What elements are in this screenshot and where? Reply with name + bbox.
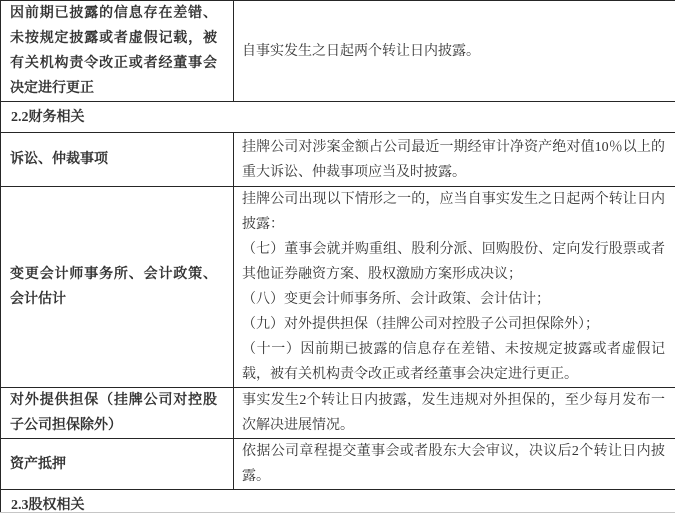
item-right-cell: 自事实发生之日起两个转让日内披露。 bbox=[234, 1, 675, 102]
paragraph: 挂牌公司对涉案金额占公司最近一期经审计净资产绝对值10％以上的重大诉讼、仲裁事项… bbox=[242, 135, 665, 185]
item-right-cell: 挂牌公司出现以下情形之一的，应当自事实发生之日起两个转让日内披露：（七）董事会就… bbox=[234, 187, 675, 388]
disclosure-rules-table: 因前期已披露的信息存在差错、未按规定披露或者虚假记载，被有关机构责令改正或者经董… bbox=[0, 0, 675, 513]
section-label: 2.3股权相关 bbox=[1, 490, 675, 513]
paragraph: （七）董事会就并购重组、股利分派、回购股份、定向发行股票或者其他证券融资方案、股… bbox=[242, 237, 665, 287]
item-right-cell: 事实发生2个转让日内披露，发生违规对外担保的，至少每月发布一次解决进展情况。 bbox=[234, 388, 675, 439]
paragraph: 自事实发生之日起两个转让日内披露。 bbox=[242, 39, 665, 64]
paragraph: （十一）因前期已披露的信息存在差错、未按规定披露或者虚假记载，被有关机构责令改正… bbox=[242, 337, 665, 387]
item-left-cell: 对外提供担保（挂牌公司对控股子公司担保除外） bbox=[1, 388, 234, 439]
table-row: 变更会计师事务所、会计政策、会计估计 挂牌公司出现以下情形之一的，应当自事实发生… bbox=[1, 187, 675, 388]
item-left-cell: 因前期已披露的信息存在差错、未按规定披露或者虚假记载，被有关机构责令改正或者经董… bbox=[1, 1, 234, 102]
section-header-row: 2.3股权相关 bbox=[1, 490, 675, 513]
table-row: 对外提供担保（挂牌公司对控股子公司担保除外） 事实发生2个转让日内披露，发生违规… bbox=[1, 388, 675, 439]
table-row: 诉讼、仲裁事项 挂牌公司对涉案金额占公司最近一期经审计净资产绝对值10％以上的重… bbox=[1, 133, 675, 187]
paragraph: 事实发生2个转让日内披露，发生违规对外担保的，至少每月发布一次解决进展情况。 bbox=[242, 388, 665, 438]
section-label: 2.2财务相关 bbox=[1, 102, 675, 133]
item-left-cell: 资产抵押 bbox=[1, 439, 234, 490]
paragraph: 挂牌公司出现以下情形之一的，应当自事实发生之日起两个转让日内披露： bbox=[242, 187, 665, 237]
item-right-cell: 挂牌公司对涉案金额占公司最近一期经审计净资产绝对值10％以上的重大诉讼、仲裁事项… bbox=[234, 133, 675, 187]
item-right-cell: 依据公司章程提交董事会或者股东大会审议，决议后2个转让日内披露。 bbox=[234, 439, 675, 490]
paragraph: （九）对外提供担保（挂牌公司对控股子公司担保除外）； bbox=[242, 312, 665, 337]
item-left-cell: 诉讼、仲裁事项 bbox=[1, 133, 234, 187]
table-body: 因前期已披露的信息存在差错、未按规定披露或者虚假记载，被有关机构责令改正或者经董… bbox=[1, 1, 675, 513]
table-row: 资产抵押 依据公司章程提交董事会或者股东大会审议，决议后2个转让日内披露。 bbox=[1, 439, 675, 490]
section-header-row: 2.2财务相关 bbox=[1, 102, 675, 133]
item-left-cell: 变更会计师事务所、会计政策、会计估计 bbox=[1, 187, 234, 388]
table-row: 因前期已披露的信息存在差错、未按规定披露或者虚假记载，被有关机构责令改正或者经董… bbox=[1, 1, 675, 102]
document-page: 因前期已披露的信息存在差错、未按规定披露或者虚假记载，被有关机构责令改正或者经董… bbox=[0, 0, 675, 513]
paragraph: （八）变更会计师事务所、会计政策、会计估计； bbox=[242, 287, 665, 312]
paragraph: 依据公司章程提交董事会或者股东大会审议，决议后2个转让日内披露。 bbox=[242, 439, 665, 489]
